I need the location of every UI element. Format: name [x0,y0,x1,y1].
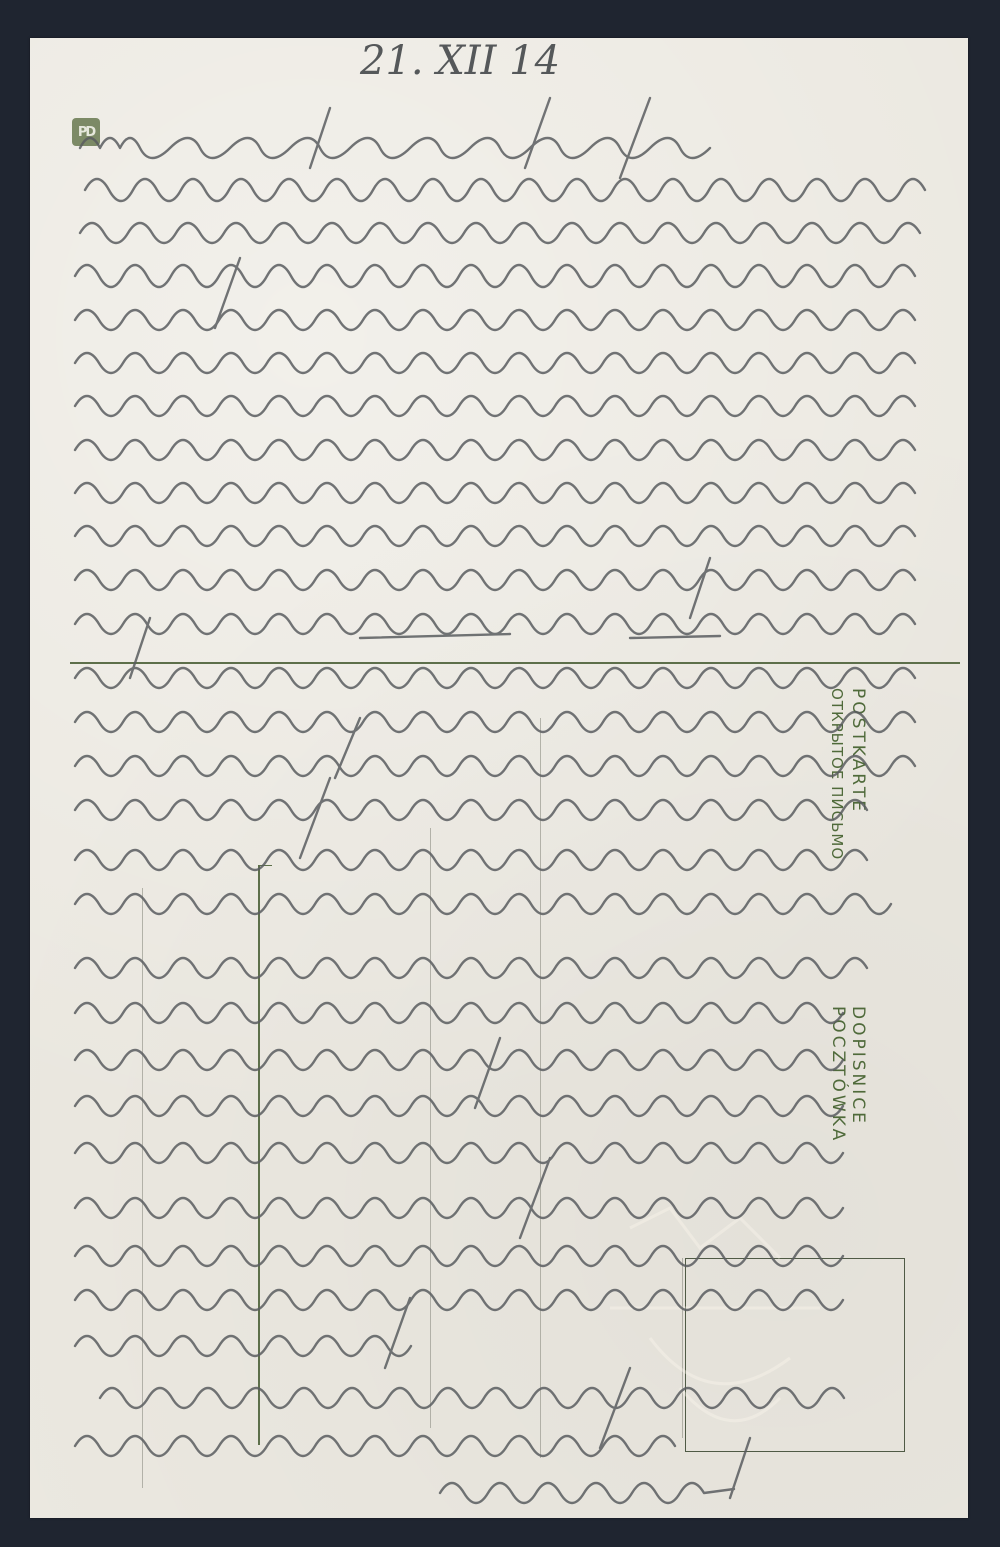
handwritten-message [30,38,968,1518]
postcard-back: PD 21. XII 14 POSTKARTE ОТКРЫТОЕ ПИСЬМО … [30,38,968,1518]
